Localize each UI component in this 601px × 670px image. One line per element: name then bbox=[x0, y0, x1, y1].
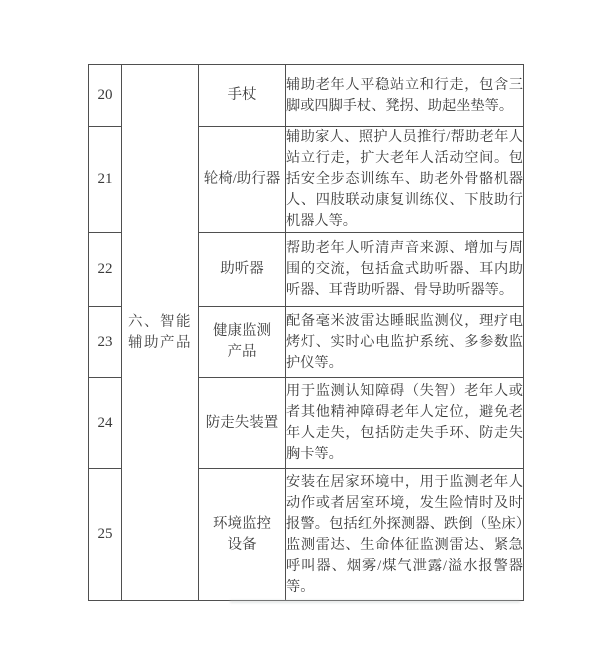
product-description: 帮助老年人听清声音来源、增加与周围的交流，包括盒式助听器、耳内助听器、耳背助听器… bbox=[286, 233, 524, 307]
product-name: 环境监控 设备 bbox=[199, 469, 286, 601]
product-name: 手杖 bbox=[199, 65, 286, 127]
product-description: 配备毫米波雷达睡眠监测仪，理疗电烤灯、实时心电监护系统、多参数监护仪等。 bbox=[286, 307, 524, 378]
row-number: 24 bbox=[89, 378, 122, 469]
row-number: 20 bbox=[89, 65, 122, 127]
table-row-20: 20 六、智能 辅助产品 手杖 辅助老年人平稳站立和行走，包含三脚或四脚手杖、凳… bbox=[89, 65, 524, 127]
scanned-document-page: 20 六、智能 辅助产品 手杖 辅助老年人平稳站立和行走，包含三脚或四脚手杖、凳… bbox=[0, 0, 601, 670]
product-name: 健康监测 产品 bbox=[199, 307, 286, 378]
assistive-products-table: 20 六、智能 辅助产品 手杖 辅助老年人平稳站立和行走，包含三脚或四脚手杖、凳… bbox=[88, 64, 524, 601]
row-number: 23 bbox=[89, 307, 122, 378]
scan-artifact bbox=[230, 600, 520, 603]
product-description: 辅助家人、照护人员推行/帮助老年人站立行走，扩大老年人活动空间。包括安全步态训练… bbox=[286, 127, 524, 233]
row-number: 25 bbox=[89, 469, 122, 601]
product-description: 辅助老年人平稳站立和行走，包含三脚或四脚手杖、凳拐、助起坐垫等。 bbox=[286, 65, 524, 127]
row-number: 22 bbox=[89, 233, 122, 307]
product-name: 防走失装置 bbox=[199, 378, 286, 469]
product-name: 助听器 bbox=[199, 233, 286, 307]
product-description: 安装在居家环境中，用于监测老年人动作或者居室环境，发生险情时及时报警。包括红外探… bbox=[286, 469, 524, 601]
row-number: 21 bbox=[89, 127, 122, 233]
product-description: 用于监测认知障碍（失智）老年人或者其他精神障碍老年人定位，避免老年人走失，包括防… bbox=[286, 378, 524, 469]
product-name: 轮椅/助行器 bbox=[199, 127, 286, 233]
category-cell: 六、智能 辅助产品 bbox=[122, 65, 199, 601]
